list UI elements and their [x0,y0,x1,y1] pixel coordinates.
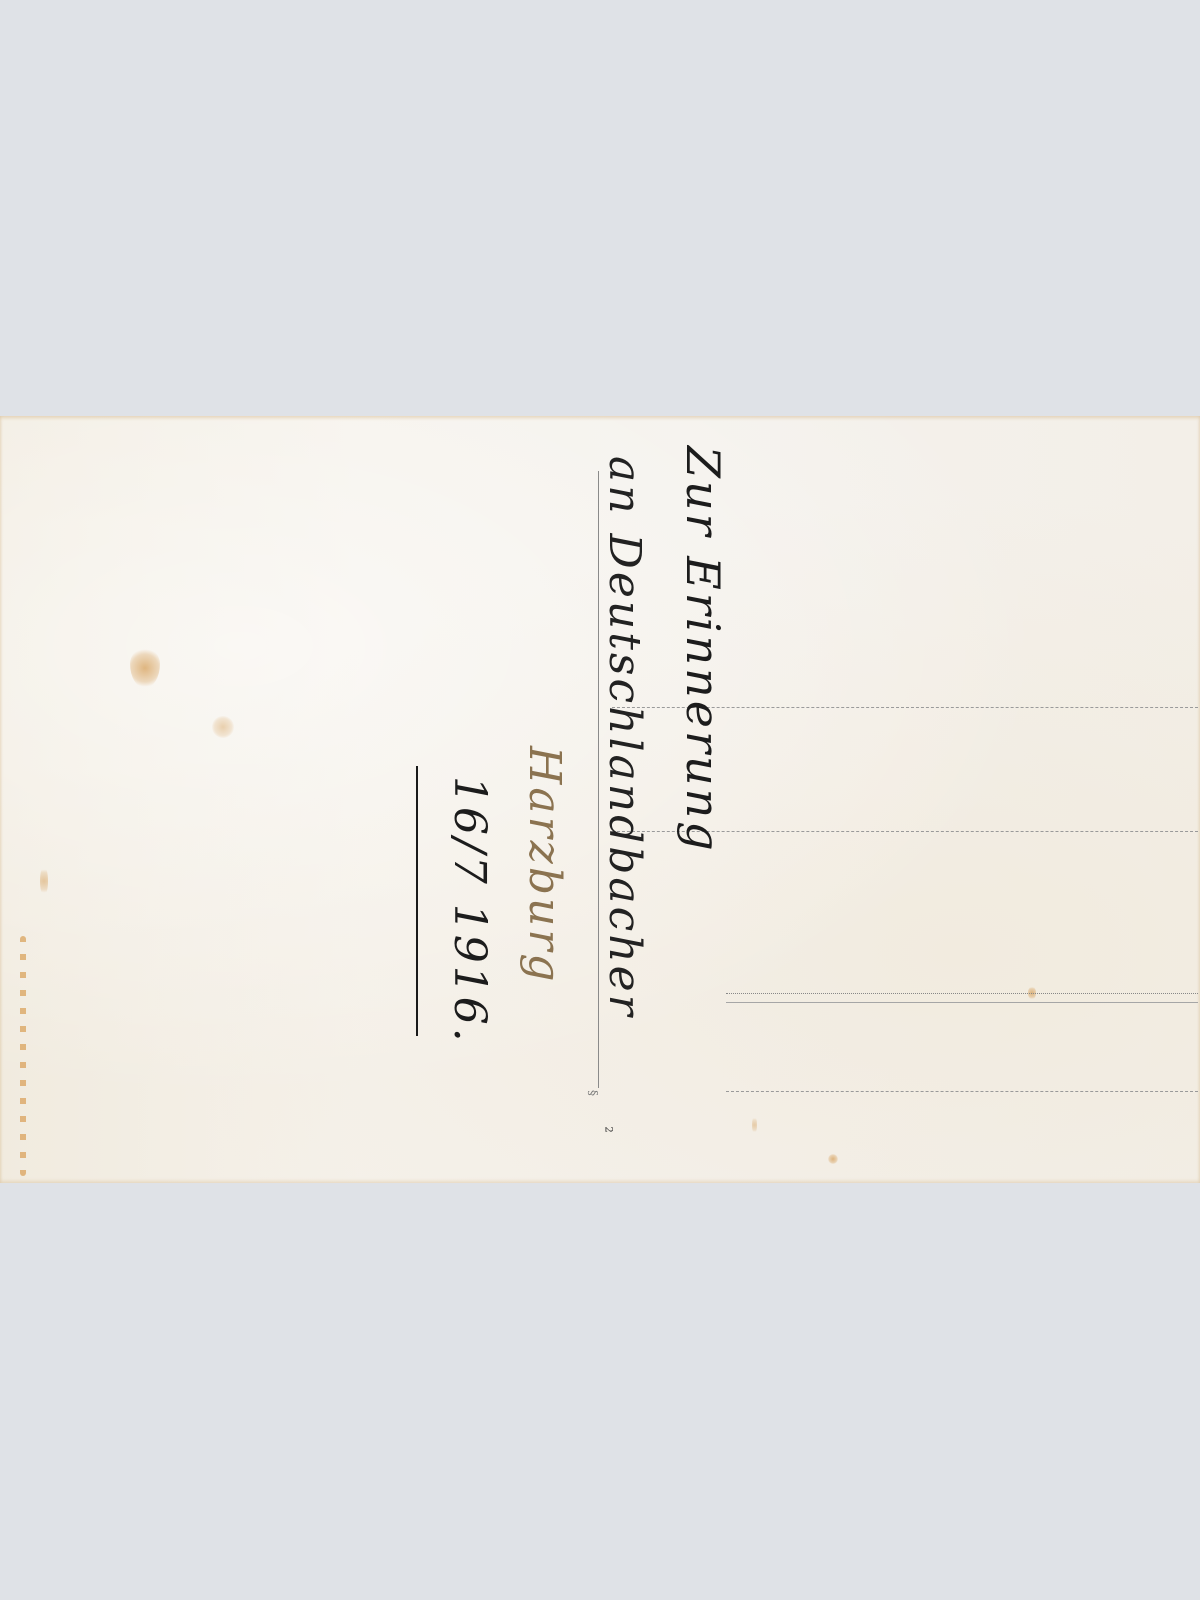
handwriting-small-mark: 2 [603,1126,614,1132]
stain [752,1116,757,1134]
page: § Zur Erinnerung an Deutschlandbacher Ha… [0,0,1200,1600]
date-underline [416,766,418,1036]
stain [40,866,48,896]
edge-rust-dots [20,936,26,1176]
handwritten-message: Zur Erinnerung an Deutschlandbacher Harz… [200,436,600,1136]
address-line-3 [726,1002,1198,1003]
stain [130,648,160,688]
handwriting-line-1: Zur Erinnerung [676,446,730,854]
stain [828,1154,838,1164]
postcard-back: § Zur Erinnerung an Deutschlandbacher Ha… [0,416,1200,1183]
address-line-4 [726,1091,1198,1092]
handwriting-date: 16/7 1916. [444,776,495,1045]
address-line-3-dotted [726,993,1198,994]
handwriting-line-2: an Deutschlandbacher [599,456,650,1019]
handwriting-line-3-signature: Harzburg [519,746,570,985]
